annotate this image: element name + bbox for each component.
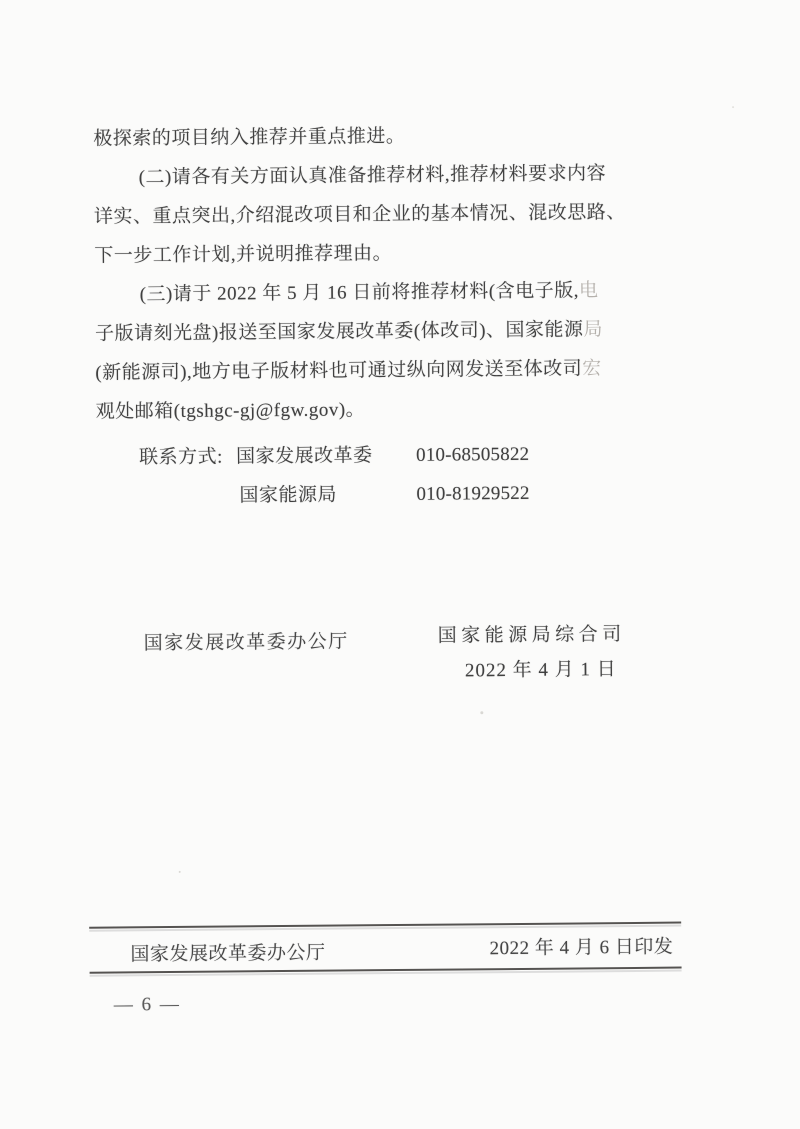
body-line-7: (新能源司),地方电子版材料也可通过纵向网发送至体改司宏 [95,348,695,392]
scanned-page: 极探索的项目纳入推荐并重点推进。 (二)请各有关方面认真准备推荐材料,推荐材料要… [0,0,800,1129]
scan-speck [480,711,483,714]
body-line-text: 极探索的项目纳入推荐并重点推进。 [93,126,405,150]
contact-block: 联系方式: 国家发展改革委 010-68505822 国家能源局 010-819… [96,433,697,516]
scan-speck [179,871,181,873]
contact-label: 联系方式: [139,438,223,478]
footer-rule-bottom [90,967,682,974]
page-content: 极探索的项目纳入推荐并重点推进。 (二)请各有关方面认真准备推荐材料,推荐材料要… [0,0,800,1129]
signature-left-issuer: 国家发展改革委办公厅 [144,626,349,655]
body-line-8: 观处邮箱(tgshgc-gj@fgw.gov)。 [96,387,696,431]
body-line-3: 详实、重点突出,介绍混改项目和企业的基本情况、混改思路、 [94,192,694,236]
body-line-5: (三)请于 2022 年 5 月 16 日前将推荐材料(含电子版,电 [95,270,695,314]
contact-row-ndrc: 联系方式: 国家发展改革委 010-68505822 [96,433,696,477]
body-line-text: 子版请刻光盘)报送至国家发展改革委(体改司)、国家能源 [95,319,584,344]
body-line-2: (二)请各有关方面认真准备推荐材料,推荐材料要求内容 [93,153,693,197]
document-body: 极探索的项目纳入推荐并重点推进。 (二)请各有关方面认真准备推荐材料,推荐材料要… [93,114,696,516]
body-line-text: 详实、重点突出,介绍混改项目和企业的基本情况、混改思路、 [94,202,626,228]
body-line-text: (新能源司),地方电子版材料也可通过纵向网发送至体改司 [95,358,582,383]
body-line-1: 极探索的项目纳入推荐并重点推进。 [93,114,693,158]
body-line-text: (二)请各有关方面认真准备推荐材料,推荐材料要求内容 [139,163,607,188]
signature-date: 2022 年 4 月 1 日 [465,654,617,682]
footer-rule-top [89,922,681,929]
body-line-text: 观处邮箱(tgshgc-gj@fgw.gov)。 [96,399,366,422]
footer-issuer: 国家发展改革委办公厅 [130,938,325,967]
faded-edge-character: 电 [579,280,599,301]
contact-row-nea: 国家能源局 010-81929522 [96,472,696,516]
body-line-6: 子版请刻光盘)报送至国家发展改革委(体改司)、国家能源局 [95,309,695,353]
contact-org-ndrc: 国家发展改革委 [236,436,373,476]
contact-phone-ndrc: 010-68505822 [416,435,530,475]
contact-org-nea: 国家能源局 [239,476,337,516]
body-line-4: 下一步工作计划,并说明推荐理由。 [94,231,694,275]
signature-right-issuer: 国家能源局综合司 [438,619,626,648]
scan-speck [732,106,734,108]
faded-edge-character: 宏 [582,358,602,379]
faded-edge-character: 局 [583,319,603,340]
body-line-text: 下一步工作计划,并说明推荐理由。 [94,243,392,267]
footer-print-date: 2022 年 4 月 6 日印发 [433,932,673,961]
body-line-text: (三)请于 2022 年 5 月 16 日前将推荐材料(含电子版, [140,280,579,305]
page-number: — 6 — [114,994,181,1017]
contact-phone-nea: 010-81929522 [416,474,530,514]
